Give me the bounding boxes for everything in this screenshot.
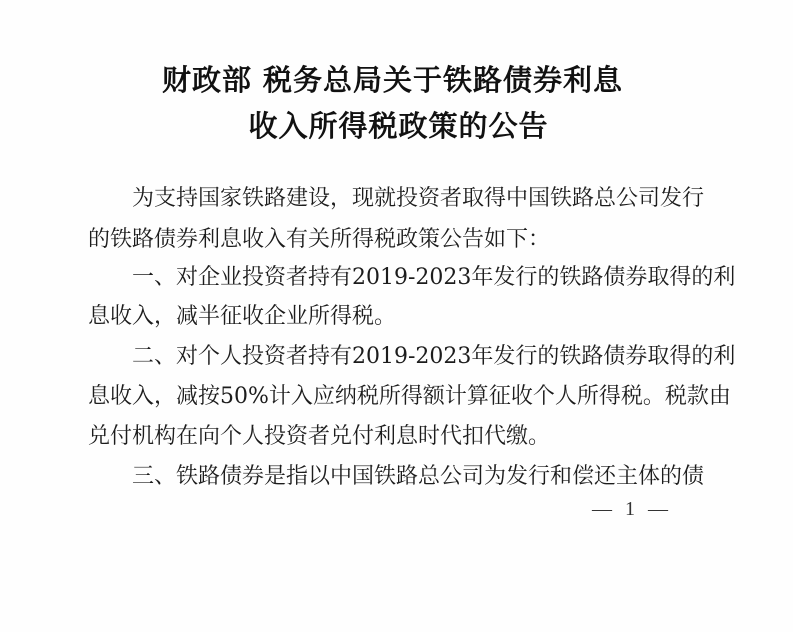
body-line-clause-1a: 一、对企业投资者持有2019-2023年发行的铁路债券取得的利 [132,264,684,292]
document-page: 财政部 税务总局关于铁路债券利息 收入所得税政策的公告 为支持国家铁路建设，现就… [0,0,793,632]
body-line-intro-2: 的铁路债券利息收入有关所得税政策公告如下： [88,226,684,254]
body-line-clause-1b: 息收入，减半征收企业所得税。 [88,303,684,331]
page-number: — 1 — [592,498,662,521]
document-title-line-2: 收入所得税政策的公告 [2,104,793,145]
document-title-line-1: 财政部 税务总局关于铁路债券利息 [0,58,789,99]
body-line-intro-1: 为支持国家铁路建设，现就投资者取得中国铁路总公司发行 [132,185,684,213]
body-line-clause-2a: 二、对个人投资者持有2019-2023年发行的铁路债券取得的利 [132,343,684,371]
body-line-clause-2c: 兑付机构在向个人投资者兑付利息时代扣代缴。 [88,423,684,451]
body-line-clause-2b: 息收入，减按50%计入应纳税所得额计算征收个人所得税。税款由 [88,383,684,411]
body-line-clause-3a: 三、铁路债券是指以中国铁路总公司为发行和偿还主体的债 [132,463,684,491]
